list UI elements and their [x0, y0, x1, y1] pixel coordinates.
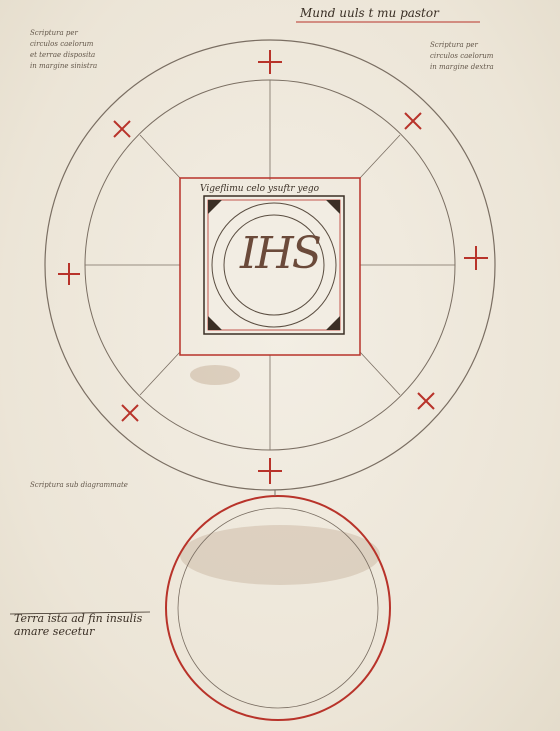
page-heading: Mund uuls t mu pastor — [300, 6, 439, 20]
right-margin-text: Scriptura per circulos caelorum in margi… — [430, 40, 495, 500]
inner-square-caption: Vigeflimu celo ysuftr yego — [200, 184, 319, 194]
bottom-text: Scriptura sub diagrammate — [30, 480, 500, 580]
manuscript-page: Mund uuls t mu pastor Vigeflimu celo ysu… — [0, 0, 560, 731]
ihs-monogram: IHS — [220, 228, 340, 279]
marginal-note: Terra ista ad fin insulis amare secetur — [14, 612, 164, 638]
